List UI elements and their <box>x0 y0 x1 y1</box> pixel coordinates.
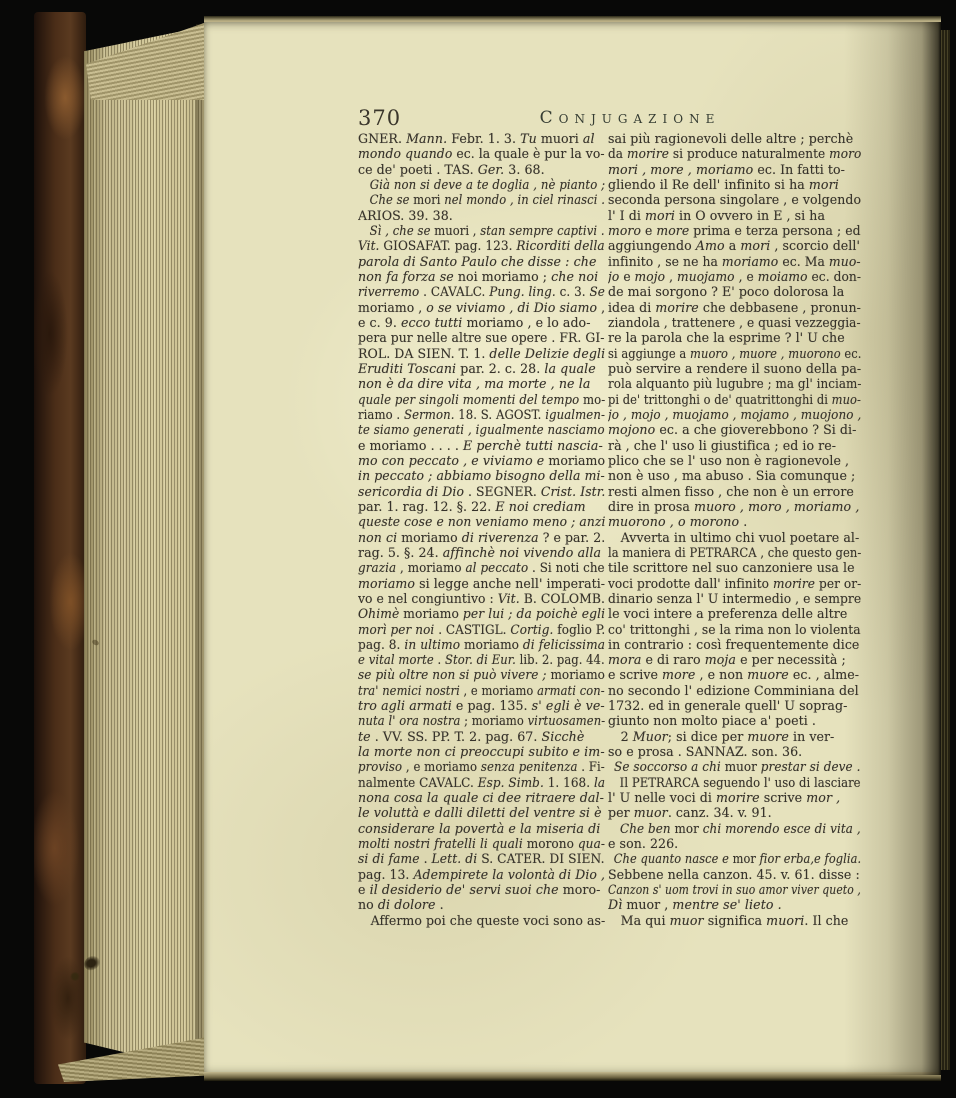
text-line: può servire a rendere il suono della pa- <box>608 361 861 376</box>
text-line: e son. 226. <box>608 836 861 851</box>
text-line: da morire si produce naturalmente moro <box>608 146 851 161</box>
text-line: si aggiunge a muoro , muore , muorono ec… <box>608 346 838 361</box>
text-line: e il desiderio de' servi suoi che moro- <box>358 882 605 897</box>
text-line: rag. 5. §. 24. affinchè noi vivendo alla <box>358 545 605 560</box>
text-line: riamo . Sermon. 18. S. AGOST. igualmen- <box>358 407 587 422</box>
text-line: moriamo , o se viviamo , di Dio siamo , <box>358 300 602 315</box>
text-line: non ci moriamo di riverenza ? e par. 2. <box>358 530 603 545</box>
page-number: 370 <box>358 106 401 130</box>
text-line: 1732. ed in generale quell' U soprag- <box>608 698 861 713</box>
ink-mark <box>70 972 80 981</box>
text-line: 2 Muor; si dice per muore in ver- <box>608 729 861 744</box>
text-line: mora e di raro moja e per necessità ; <box>608 652 861 667</box>
page-bottom-edge-strip <box>204 1072 941 1081</box>
text-line: ce de' poeti . TAS. Ger. 3. 68. <box>358 162 605 177</box>
text-line: tra' nemici nostri , e moriamo armati co… <box>358 683 583 698</box>
text-line: le voci intere a preferenza delle altre <box>608 606 861 621</box>
text-line: in contrario : così frequentemente dice <box>608 637 861 652</box>
text-line: considerare la povertà e la miseria di <box>358 821 605 836</box>
text-line: Ma qui muor significa muori. Il che <box>608 913 861 928</box>
text-line: pera pur nelle altre sue opere . FR. GI- <box>358 330 601 345</box>
book-scan: 370 Conjugazione GNER. Mann. Febr. 1. 3.… <box>0 0 956 1098</box>
text-line: idea di morire che debbasene , pronun- <box>608 300 860 315</box>
text-line: e vital morte . Stor. di Eur. lib. 2. pa… <box>358 652 585 667</box>
text-line: l' I di mori in O ovvero in E , si ha <box>608 208 861 223</box>
running-header-title: Conjugazione <box>490 108 770 128</box>
text-line: voci prodotte dall' infinito morire per … <box>608 576 852 591</box>
text-line: dire in prosa muoro , moro , moriamo , <box>608 499 861 514</box>
text-line: te . VV. SS. PP. T. 2. pag. 67. Sicchè <box>358 729 605 744</box>
text-line: jo , mojo , muojamo , mojamo , muojono , <box>608 407 849 422</box>
text-line: no di dolore . <box>358 897 605 912</box>
text-line: non è uso , ma abuso . Sia comunque ; <box>608 468 861 483</box>
text-line: mondo quando ec. la quale è pur la vo- <box>358 146 601 161</box>
text-line: Se soccorso a chi muor prestar si deve . <box>608 759 849 774</box>
text-line: Ohimè moriamo per lui ; da poichè egli <box>358 606 599 621</box>
text-line: Dì muor , mentre se' lieto . <box>608 897 861 912</box>
text-line: le voluttà e dalli diletti del ventre si… <box>358 805 605 820</box>
text-line: molti nostri fratelli li quali morono qu… <box>358 836 595 851</box>
text-line: queste cose e non veniamo meno ; anzi <box>358 514 599 529</box>
text-line: ARIOS. 39. 38. <box>358 208 605 223</box>
text-line: pi de' trittonghi o de' quatrittonghi di… <box>608 392 838 407</box>
text-line: per muor. canz. 34. v. 91. <box>608 805 861 820</box>
text-line: resti almen fisso , che non è un errore <box>608 484 861 499</box>
text-line: Affermo poi che queste voci sono as- <box>358 913 604 928</box>
text-line: Eruditi Toscani par. 2. c. 28. la quale <box>358 361 605 376</box>
text-line: infinito , se ne ha moriamo ec. Ma muo- <box>608 254 857 269</box>
text-line: de mai sorgono ? E' poco dolorosa la <box>608 284 861 299</box>
text-line: sai più ragionevoli delle altre ; perchè <box>608 131 861 146</box>
text-line: mo con peccato , e viviamo e moriamo <box>358 453 604 468</box>
text-line: si di fame . Lett. di S. CATER. DI SIEN. <box>358 851 599 866</box>
text-line: e moriamo . . . . E perchè tutti nascia- <box>358 438 605 453</box>
page-top-edges <box>86 20 208 100</box>
text-line: nuta l' ora nostra ; moriamo virtuosamen… <box>358 713 584 728</box>
text-line: plico che se l' uso non è ragionevole , <box>608 453 861 468</box>
text-line: co' trittonghi , se la rima non lo viole… <box>608 622 855 637</box>
text-line: ROL. DA SIEN. T. 1. delle Delizie degli <box>358 346 604 361</box>
text-line: quale per singoli momenti del tempo mo- <box>358 392 587 407</box>
text-line: gliendo il Re dell' infinito si ha mori <box>608 177 861 192</box>
text-line: muorono , o morono . <box>608 514 861 529</box>
page-stack-edge <box>84 24 206 1074</box>
text-line: pag. 8. in ultimo moriamo di felicissima <box>358 637 596 652</box>
text-line: seconda persona singolare , e volgendo <box>608 192 860 207</box>
right-page-edges <box>941 30 950 1070</box>
text-line: pag. 13. Adempirete la volontà di Dio , <box>358 867 602 882</box>
text-line: Vit. GIOSAFAT. pag. 123. Ricorditi della <box>358 238 595 253</box>
text-line: rà , che l' uso li giustifica ; ed io re… <box>608 438 861 453</box>
text-line: te siamo generati , igualmente nasciamo <box>358 422 589 437</box>
text-line: moro e more prima e terza persona ; ed <box>608 223 857 238</box>
text-line: Che ben mor chi morendo esce di vita , <box>608 821 848 836</box>
book-cover-edge <box>34 12 86 1084</box>
text-line: ziandola , trattenere , e quasi vezzeggi… <box>608 315 852 330</box>
text-line: dinario senza l' U intermedio , e sempre <box>608 591 856 606</box>
text-line: tro agli armati e pag. 135. s' egli è ve… <box>358 698 605 713</box>
text-line: Che quanto nasce e mor fior erba,e fogli… <box>608 851 837 866</box>
text-column-left: GNER. Mann. Febr. 1. 3. Tu muori almondo… <box>358 131 605 936</box>
text-line: mojono ec. a che gioverebbono ? Si di- <box>608 422 861 437</box>
text-line: vo e nel congiuntivo : Vit. B. COLOMB. <box>358 591 601 606</box>
text-line: Sebbene nella canzon. 45. v. 61. disse : <box>608 867 861 882</box>
text-line: Già non si deve a te doglia , nè pianto … <box>358 177 587 192</box>
text-line: la maniera di PETRARCA , che questo gen- <box>608 545 840 560</box>
text-line: Il PETRARCA seguendo l' uso di lasciare <box>608 775 842 790</box>
text-line: par. 1. rag. 12. §. 22. E noi crediam <box>358 499 605 514</box>
text-line: e c. 9. ecco tutti moriamo , e lo ado- <box>358 315 605 330</box>
text-line: non è da dire vita , ma morte , ne la <box>358 376 605 391</box>
text-line: tile scrittore nel suo canzoniere usa le <box>608 560 861 575</box>
text-line: grazia , moriamo al peccato . Si noti ch… <box>358 560 592 575</box>
book-page: 370 Conjugazione GNER. Mann. Febr. 1. 3.… <box>204 22 941 1075</box>
text-line: Sì , che se muori , stan sempre captivi … <box>358 223 585 238</box>
text-line: proviso , e moriamo senza penitenza . Fi… <box>358 759 587 774</box>
text-line: la morte non ci preoccupi subito e im- <box>358 744 605 759</box>
text-line: Avverta in ultimo chi vuol poetare al- <box>608 530 861 545</box>
text-line: rola alquanto più lugubre ; ma gl' incia… <box>608 376 848 391</box>
text-line: no secondo l' edizione Comminiana del <box>608 683 861 698</box>
text-line: aggiungendo Amo a mori , scorcio dell' <box>608 238 861 253</box>
text-line: morì per noi . CASTIGL. Cortig. foglio P… <box>358 622 594 637</box>
text-line: nona cosa la quale ci dee ritraere dal- <box>358 790 605 805</box>
text-line: giunto non molto piace a' poeti . <box>608 713 861 728</box>
text-line: se più oltre non si può vivere ; moriamo <box>358 667 594 682</box>
text-line: GNER. Mann. Febr. 1. 3. Tu muori al <box>358 131 605 146</box>
text-line: sericordia di Dio . SEGNER. Crist. Istr. <box>358 484 601 499</box>
text-line: non fa forza se noi moriamo ; che noi <box>358 269 605 284</box>
text-line: nalmente CAVALC. Esp. Simb. 1. 168. la <box>358 775 594 790</box>
text-line: in peccato ; abbiamo bisogno della mi- <box>358 468 602 483</box>
text-line: so e prosa . SANNAZ. son. 36. <box>608 744 861 759</box>
text-line: riverremo . CAVALC. Pung. ling. c. 3. Se <box>358 284 593 299</box>
text-line: Canzon s' uom trovi in suo amor viver qu… <box>608 882 825 897</box>
text-line: e scrive more , e non muore ec. , alme- <box>608 667 861 682</box>
text-line: parola di Santo Paulo che disse : che <box>358 254 605 269</box>
text-line: jo e mojo , muojamo , e moiamo ec. don- <box>608 269 854 284</box>
text-line: l' U nelle voci di morire scrive mor , <box>608 790 861 805</box>
text-column-right: sai più ragionevoli delle altre ; perchè… <box>608 131 861 936</box>
text-line: re la parola che la esprime ? l' U che <box>608 330 861 345</box>
text-line: moriamo si legge anche nell' imperati- <box>358 576 604 591</box>
text-line: mori , more , moriamo ec. In fatti to- <box>608 162 861 177</box>
text-line: Che se mori nel mondo , in ciel rinasci … <box>358 192 584 207</box>
